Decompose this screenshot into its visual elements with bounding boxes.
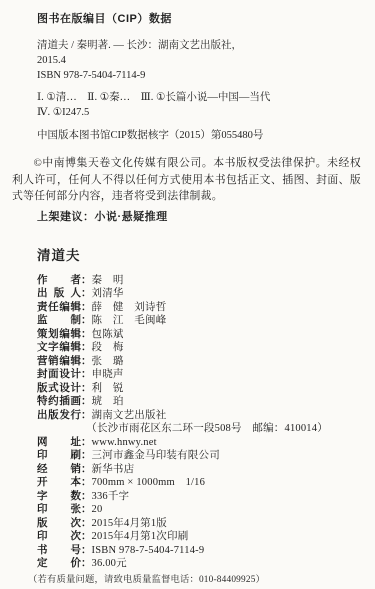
colophon-row: 版次：2015年4月第1版 <box>37 517 361 531</box>
cip-header: 图书在版编目（CIP）数据 <box>37 12 361 27</box>
colophon-separator: ： <box>81 449 92 461</box>
colophon-label: 字数 <box>37 490 81 504</box>
colophon-value: 2015年4月第1版 <box>92 518 168 529</box>
colophon-value: 张 璐 <box>92 356 124 367</box>
cip-line: 清道夫 / 秦明著. — 长沙：湖南文艺出版社， <box>37 38 361 53</box>
colophon-separator: ： <box>81 517 92 529</box>
colophon-value: 湖南文艺出版社 <box>92 410 167 421</box>
cip-line: 2015.4 <box>37 53 361 68</box>
colophon-value: 新华书店 <box>92 464 135 475</box>
colophon-label: 出版人 <box>37 287 81 301</box>
colophon-separator: ： <box>81 301 92 313</box>
colophon-value: 700mm × 1000mm 1/16 <box>92 477 206 488</box>
colophon-label: 特约插画 <box>37 395 81 409</box>
book-copyright-page: 图书在版编目（CIP）数据 清道夫 / 秦明著. — 长沙：湖南文艺出版社， 2… <box>0 0 375 589</box>
colophon-separator: ： <box>81 314 92 326</box>
colophon-separator: ： <box>81 463 92 475</box>
colophon-separator: ： <box>81 476 92 488</box>
colophon-separator: ： <box>81 557 92 569</box>
colophon-separator: ： <box>81 436 92 448</box>
colophon-label: 经销 <box>37 463 81 477</box>
colophon-value: ISBN 978-7-5404-7114-9 <box>92 545 205 556</box>
colophon-separator: ： <box>81 287 92 299</box>
colophon-row: 印次：2015年4月第1次印刷 <box>37 530 361 544</box>
colophon-separator: ： <box>81 503 92 515</box>
colophon-value: 薛 健 刘诗哲 <box>92 302 167 313</box>
colophon-row: 书号：ISBN 978-7-5404-7114-9 <box>37 544 361 558</box>
quality-hotline-note: （若有质量问题，请致电质量监督电话：010-84409925） <box>28 574 361 586</box>
colophon-label: 文字编辑 <box>37 341 81 355</box>
colophon-row: 版式设计：利 锐 <box>37 382 361 396</box>
colophon-value: 336千字 <box>92 491 130 502</box>
colophon-row: 封面设计：申晓声 <box>37 368 361 382</box>
colophon-row: 监制：陈 江 毛闽峰 <box>37 314 361 328</box>
colophon-row: 出版发行：湖南文艺出版社 <box>37 409 361 423</box>
colophon-value: www.hnwy.net <box>92 437 157 448</box>
colophon-value: 36.00元 <box>92 558 127 569</box>
colophon-separator: ： <box>81 409 92 421</box>
colophon-value: 秦 明 <box>92 275 124 286</box>
colophon-value: 陈 江 毛闽峰 <box>92 315 167 326</box>
colophon-label: 印次 <box>37 530 81 544</box>
colophon-row: 作者：秦 明 <box>37 274 361 288</box>
colophon-label: 作者 <box>37 274 81 288</box>
book-title: 清道夫 <box>37 247 361 265</box>
cip-block: 清道夫 / 秦明著. — 长沙：湖南文艺出版社， 2015.4 ISBN 978… <box>37 38 361 83</box>
colophon-row: 营销编辑：张 璐 <box>37 355 361 369</box>
colophon-row: 网址：www.hnwy.net <box>37 436 361 450</box>
copyright-notice: ©中南博集天卷文化传媒有限公司。本书版权受法律保护。未经权利人许可，任何人不得以… <box>12 155 361 205</box>
cip-line: ISBN 978-7-5404-7114-9 <box>37 68 361 83</box>
colophon-row: 出版人：刘清华 <box>37 287 361 301</box>
cip-classification: Ⅰ. ①清… Ⅱ. ①秦… Ⅲ. ①长篇小说—中国—当代 Ⅳ. ①I247.5 <box>37 90 361 120</box>
colophon-label: 责任编辑 <box>37 301 81 315</box>
colophon-label: 出版发行 <box>37 409 81 423</box>
colophon-row: 经销：新华书店 <box>37 463 361 477</box>
colophon-value: 包陈斌 <box>92 329 124 340</box>
colophon-row: 印刷：三河市鑫金马印装有限公司 <box>37 449 361 463</box>
colophon-separator: ： <box>81 382 92 394</box>
shelf-advice: 上架建议：小说·悬疑推理 <box>37 210 361 225</box>
cip-record-number: 中国版本图书馆CIP数据核字（2015）第055480号 <box>37 128 361 143</box>
colophon-row: ：（长沙市雨花区东二环一段508号 邮编：410014） <box>37 422 361 436</box>
colophon-label: 策划编辑 <box>37 328 81 342</box>
colophon-value: 三河市鑫金马印装有限公司 <box>92 450 220 461</box>
colophon-row: 文字编辑：段 梅 <box>37 341 361 355</box>
colophon-value: 琥 珀 <box>92 396 124 407</box>
colophon-label: 书号 <box>37 544 81 558</box>
colophon-separator: ： <box>81 395 92 407</box>
colophon-separator: ： <box>81 341 92 353</box>
colophon-label: 监制 <box>37 314 81 328</box>
colophon-row: 印张：20 <box>37 503 361 517</box>
colophon-value: 利 锐 <box>92 383 124 394</box>
colophon-value: （长沙市雨花区东二环一段508号 邮编：410014） <box>92 423 328 434</box>
colophon-label: 印张 <box>37 503 81 517</box>
colophon-row: 开本：700mm × 1000mm 1/16 <box>37 476 361 490</box>
colophon-value: 刘清华 <box>92 288 124 299</box>
colophon-label: 网址 <box>37 436 81 450</box>
colophon-value: 申晓声 <box>92 369 124 380</box>
cip-classification-line: Ⅰ. ①清… Ⅱ. ①秦… Ⅲ. ①长篇小说—中国—当代 <box>37 90 361 105</box>
colophon-separator: ： <box>81 328 92 340</box>
colophon-row: 特约插画：琥 珀 <box>37 395 361 409</box>
colophon-separator: ： <box>81 530 92 542</box>
colophon-row: 字数：336千字 <box>37 490 361 504</box>
colophon-separator: ： <box>81 490 92 502</box>
colophon-separator: ： <box>81 355 92 367</box>
colophon-label: 定价 <box>37 557 81 571</box>
colophon-value: 20 <box>92 504 103 515</box>
colophon-label: 印刷 <box>37 449 81 463</box>
colophon-label: 营销编辑 <box>37 355 81 369</box>
colophon-list: 作者：秦 明 出版人：刘清华 责任编辑：薛 健 刘诗哲 监制：陈 江 毛闽峰 策… <box>37 274 361 571</box>
colophon-separator: ： <box>81 274 92 286</box>
colophon-row: 定价：36.00元 <box>37 557 361 571</box>
colophon-label: 开本 <box>37 476 81 490</box>
colophon-label: 版次 <box>37 517 81 531</box>
cip-classification-line: Ⅳ. ①I247.5 <box>37 105 361 120</box>
colophon-label: 封面设计 <box>37 368 81 382</box>
colophon-value: 2015年4月第1次印刷 <box>92 531 189 542</box>
colophon-row: 策划编辑：包陈斌 <box>37 328 361 342</box>
colophon-separator: ： <box>81 544 92 556</box>
colophon-label: 版式设计 <box>37 382 81 396</box>
colophon-row: 责任编辑：薛 健 刘诗哲 <box>37 301 361 315</box>
colophon-value: 段 梅 <box>92 342 124 353</box>
colophon-separator: ： <box>81 368 92 380</box>
